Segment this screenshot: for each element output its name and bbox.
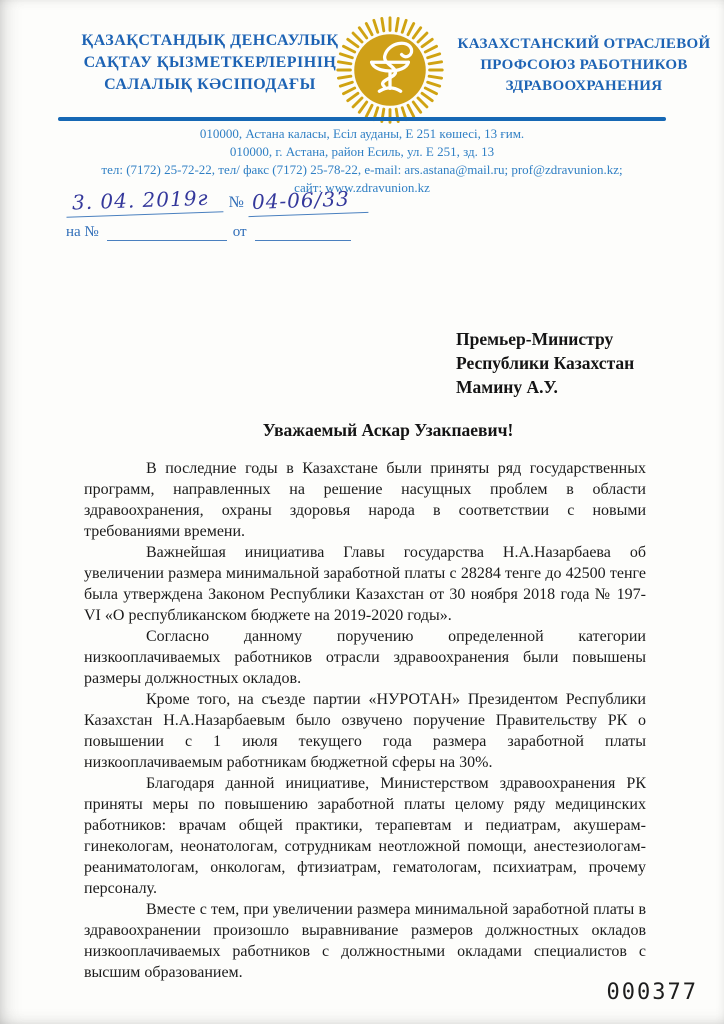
number-sign-label: № — [223, 194, 248, 215]
paragraph: Согласно данному поручению определенной … — [84, 626, 646, 689]
address-russian: 010000, г. Астана, район Есиль, ул. Е 25… — [56, 143, 668, 161]
incoming-ref-line: на № от — [66, 224, 386, 241]
from-date-blank — [255, 225, 351, 241]
letter-page: ҚАЗАҚСТАНДЫҚ ДЕНСАУЛЫҚ САҚТАУ ҚЫЗМЕТКЕРЛ… — [0, 0, 724, 1024]
address-kazakh: 010000, Астана каласы, Есіл ауданы, Е 25… — [56, 125, 668, 143]
handwritten-date: 3. 04. 2019г — [66, 185, 223, 217]
from-label: от — [233, 224, 247, 241]
paragraph: В последние годы в Казахстане были приня… — [84, 458, 646, 542]
salutation: Уважаемый Аскар Узакпаевич! — [84, 420, 646, 441]
outgoing-ref-line: 3. 04. 2019г № 04-06/33 — [66, 188, 386, 215]
recipient-name: Мамину А.У. — [456, 375, 634, 399]
recipient-title: Премьер-Министру — [456, 327, 634, 351]
paragraph: Благодаря данной инициативе, Министерств… — [84, 773, 646, 899]
page-number-stamp: 000377 — [607, 980, 698, 1005]
recipient-country: Республики Казахстан — [456, 351, 634, 375]
paragraph: Кроме того, на съезде партии «НУРОТАН» П… — [84, 689, 646, 773]
paragraph: Вместе с тем, при увеличении размера мин… — [84, 899, 646, 983]
org-name-kazakh: ҚАЗАҚСТАНДЫҚ ДЕНСАУЛЫҚ САҚТАУ ҚЫЗМЕТКЕРЛ… — [64, 30, 356, 96]
reply-number-blank — [107, 225, 227, 241]
contacts-line: тел: (7172) 25-72-22, тел/ факс (7172) 2… — [56, 161, 668, 179]
org-name-russian: КАЗАХСТАНСКИЙ ОТРАСЛЕВОЙ ПРОФСОЮЗ РАБОТН… — [456, 34, 712, 97]
reference-block: 3. 04. 2019г № 04-06/33 на № от — [66, 188, 386, 241]
bowl-of-hygieia-sun-icon — [332, 12, 448, 128]
handwritten-number: 04-06/33 — [247, 186, 368, 217]
reply-to-label: на № — [66, 224, 99, 241]
letter-body: В последние годы в Казахстане были приня… — [84, 458, 646, 983]
header-divider-line — [58, 117, 666, 121]
paragraph: Важнейшая инициатива Главы государства Н… — [84, 542, 646, 626]
recipient-block: Премьер-Министру Республики Казахстан Ма… — [456, 327, 634, 399]
